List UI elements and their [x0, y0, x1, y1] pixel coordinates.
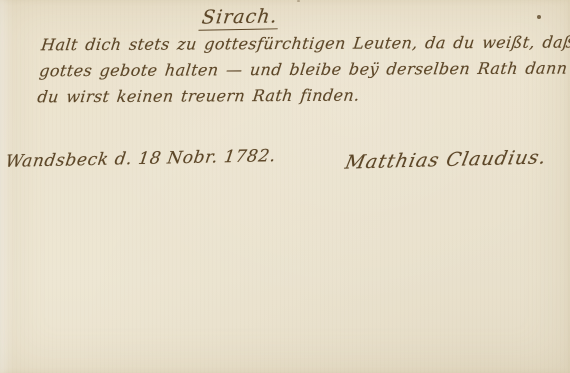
- manuscript-body-line-2: gottes gebote halten — und bleibe beÿ de…: [38, 59, 568, 81]
- ink-speck: [537, 15, 541, 19]
- ink-speck-faint: [297, 0, 300, 2]
- manuscript-body-line-1: Halt dich stets zu gottesfürchtigen Leut…: [40, 32, 570, 54]
- manuscript-photo: Sirach. Halt dich stets zu gottesfürchti…: [0, 0, 570, 373]
- manuscript-body: Halt dich stets zu gottesfürchtigen Leut…: [0, 0, 570, 373]
- manuscript-body-line-3: du wirst keinen treuern Rath finden.: [36, 86, 360, 107]
